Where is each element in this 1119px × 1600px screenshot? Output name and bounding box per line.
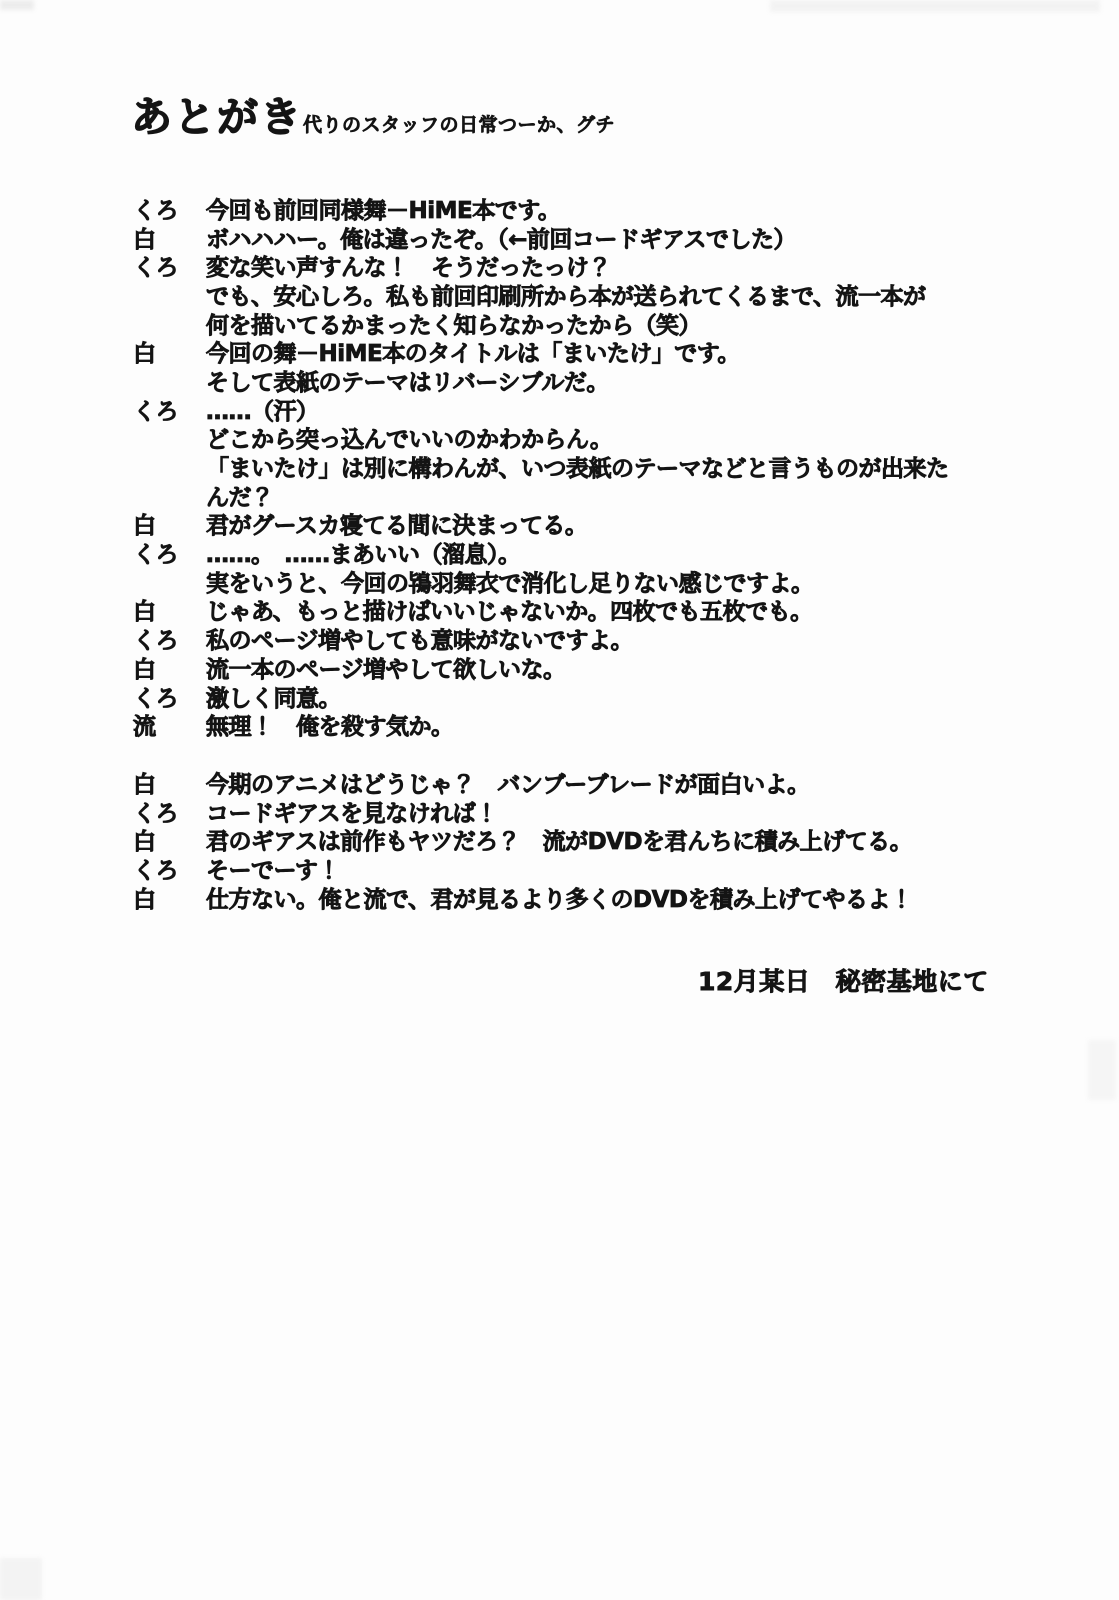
page-title-row: あとがき 代りのスタッフの日常つーか、グチ <box>131 97 615 138</box>
dialogue-line: そして表紙のテーマはリバーシブルだ。 <box>133 366 949 395</box>
dialogue-line: 何を描いてるかまったく知らなかったから（笑） <box>133 309 949 338</box>
dialogue-line: でも、安心しろ。私も前回印刷所から本が送られてくるまで、流一本が <box>133 280 949 309</box>
speaker-label: くろ <box>133 536 206 569</box>
dialogue-line: 白君のギアスは前作もヤツだろ？ 流がDVDを君んちに積み上げてる。 <box>133 825 913 854</box>
scan-noise <box>1088 1040 1116 1100</box>
page-title: あとがき <box>131 97 303 138</box>
dialogue-text: 仕方ない。俺と流で、君が見るより多くのDVDを積み上げてやるよ！ <box>206 881 913 914</box>
dialogue-line: 「まいたけ」は別に構わんが、いつ表紙のテーマなどと言うものが出来た <box>133 452 949 481</box>
speaker-label: くろ <box>133 393 206 426</box>
dialogue-line: どこから突っ込んでいいのかわからん。 <box>133 424 949 453</box>
signoff-line: 12月某日 秘密基地にて <box>698 962 989 998</box>
dialogue-line: 流無理！ 俺を殺す気か。 <box>133 710 949 739</box>
scan-noise <box>0 1558 42 1600</box>
scan-noise <box>0 0 34 10</box>
dialogue-line: 白今期のアニメはどうじゃ？ バンブーブレードが面白いよ。 <box>133 768 913 797</box>
dialogue-line: 実をいうと、今回の鴇羽舞衣で消化し足りない感じですよ。 <box>133 567 949 596</box>
dialogue-line: 白じゃあ、もっと描けばいいじゃないか。四枚でも五枚でも。 <box>133 596 949 625</box>
dialogue-line: くろ変な笑い声すんな！ そうだったっけ？ <box>133 251 949 280</box>
speaker-label: 白 <box>133 881 206 914</box>
page-subtitle: 代りのスタッフの日常つーか、グチ <box>303 116 615 138</box>
speaker-label: 流 <box>133 708 206 741</box>
scan-noise <box>770 0 1100 12</box>
dialogue-line: くろ私のページ増やしても意味がないですよ。 <box>133 624 949 653</box>
dialogue-text: 無理！ 俺を殺す気か。 <box>206 708 454 741</box>
dialogue-block-1: くろ今回も前回同様舞－HiME本です。白ボハハハー。俺は違ったぞ。（←前回コード… <box>133 194 949 739</box>
dialogue-line: くろ……（汗） <box>133 395 949 424</box>
dialogue-line: 白今回の舞－HiME本のタイトルは「まいたけ」です。 <box>133 337 949 366</box>
dialogue-line: んだ？ <box>133 481 949 510</box>
speaker-label: くろ <box>133 249 206 282</box>
speaker-label: 白 <box>133 335 206 368</box>
dialogue-line: くろ激しく同意。 <box>133 682 949 711</box>
dialogue-text: 「まいたけ」は別に構わんが、いつ表紙のテーマなどと言うものが出来た <box>206 450 949 483</box>
dialogue-line: 白流一本のページ増やして欲しいな。 <box>133 653 949 682</box>
dialogue-line: 白ボハハハー。俺は違ったぞ。（←前回コードギアスでした） <box>133 223 949 252</box>
dialogue-line: くろコードギアスを見なければ！ <box>133 797 913 826</box>
dialogue-line: くろ今回も前回同様舞－HiME本です。 <box>133 194 949 223</box>
scanned-afterword-page: あとがき 代りのスタッフの日常つーか、グチ くろ今回も前回同様舞－HiME本です… <box>0 0 1119 1600</box>
dialogue-block-2: 白今期のアニメはどうじゃ？ バンブーブレードが面白いよ。くろコードギアスを見なけ… <box>133 768 913 911</box>
dialogue-line: 白君がグースカ寝てる間に決まってる。 <box>133 510 949 539</box>
dialogue-line: くろ……。 ……まあいい（溜息）。 <box>133 538 949 567</box>
dialogue-line: 白仕方ない。俺と流で、君が見るより多くのDVDを積み上げてやるよ！ <box>133 883 913 912</box>
dialogue-line: くろそーでーす！ <box>133 854 913 883</box>
